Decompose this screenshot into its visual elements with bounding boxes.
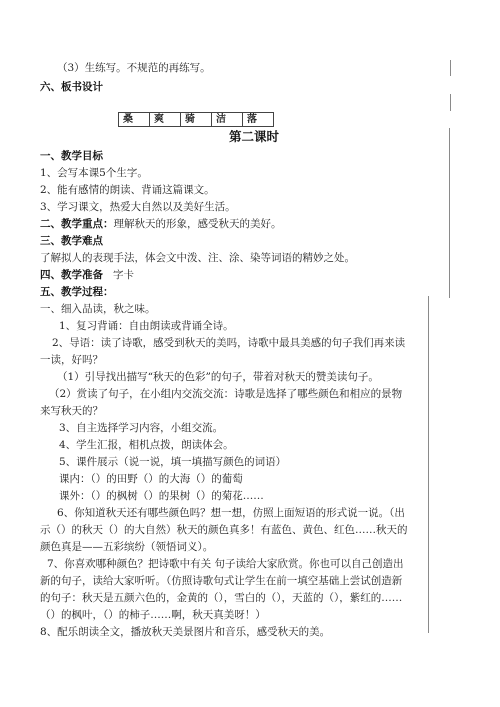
process-line: 一、细入品读，秋之味。 [40,302,156,316]
difficulty-text: 了解拟人的表现手法，体会文中泼、注、涂、染等词语的精妙之处。 [40,251,355,265]
section-heading-process: 五、教学过程： [40,285,114,299]
section-heading-difficulty: 三、教学难点 [40,234,103,248]
process-line: 8、配乐朗读全文，播放秋天美景图片和音乐，感受秋天的美。 [40,625,330,639]
board-char: 洁 [212,113,243,127]
process-line: 2、导语：读了诗歌，感受到秋天的美吗，诗歌中最具美感的句子我们再来读 [52,336,405,350]
practice-item: （3）生练写。不规范的再练写。 [57,61,211,75]
prep-label: 四、教学准备 [40,269,103,281]
board-char: 爽 [150,113,181,127]
key-points-line: 二、教学重点：理解秋天的形象，感受秋天的美好。 [40,217,282,231]
process-line: 一读，好吗？ [40,353,103,367]
goal-item: 3、学习课文，热爱大自然以及美好生活。 [40,200,236,214]
process-line: 示（）的秋天（）的大自然）秋天的颜色真多！有蓝色、黄色、红色……秋天的 [40,523,408,537]
key-points-text: 理解秋天的形象，感受秋天的美好。 [114,218,282,230]
prep-text: 字卡 [113,269,134,281]
process-line: 7、你喜欢哪种颜色？把诗歌中有关 句子读给大家欣赏。你也可以自己创造出 [47,557,404,571]
process-line: 3、自主选择学习内容，小组交流。 [59,421,223,435]
process-line: 5、课件展示（说一说，填一填描写颜色的词语） [59,455,286,469]
process-line: 课外：（）的枫树（）的果树（）的菊花…… [59,489,264,503]
margin-rule [450,94,451,111]
margin-rule [428,296,429,633]
board-char: 落 [243,113,274,127]
process-line: 课内：（）的田野（）的大海（）的葡萄 [59,472,243,486]
margin-rule [450,60,451,76]
process-line: 1、复习背诵：自由朗读或背诵全诗。 [59,319,234,333]
process-line: （1）引导找出描写“秋天的色彩”的句子，带着对秋天的赞美读句子。 [57,370,379,384]
process-line: 6、你知道秋天还有哪些颜色吗？想一想，仿照上面短语的形式说一说。（出 [57,506,405,520]
process-line: （2）赏读了句子，在小组内交流交流：诗歌是选择了哪些颜色和相应的景物 [49,387,402,401]
process-line: 的句子：秋天是五颜六色的，金黄的（），雪白的（），天蓝的（），紫红的…… [40,591,402,605]
process-line: 新的句子，读给大家听听。（仿照诗歌句式让学生在前一填空基础上尝试创造新 [40,574,402,588]
lesson-title: 第二课时 [229,127,279,145]
key-points-label: 二、教学重点： [40,218,114,230]
margin-rule [449,128,450,298]
board-char: 骑 [181,113,212,127]
section-heading-board-design: 六、板书设计 [40,80,103,94]
prep-line: 四、教学准备字卡 [40,268,134,282]
process-line: 4、学生汇报，相机点拨，朗读体会。 [59,438,234,452]
process-line: （）的枫叶，（）的柿子……啊，秋天真美呀！） [40,608,266,622]
goal-item: 1、会写本课5个生字。 [40,166,148,180]
process-line: 颜色真是——五彩缤纷（领悟词义）。 [40,540,213,554]
process-line: 来写秋天的？ [40,404,103,418]
board-design-table: 桑 爽 骑 洁 落 [118,112,274,127]
goal-item: 2、能有感情的朗读、背诵这篇课文。 [40,183,215,197]
section-heading-goals: 一、教学目标 [40,149,103,163]
board-char: 桑 [119,113,150,127]
